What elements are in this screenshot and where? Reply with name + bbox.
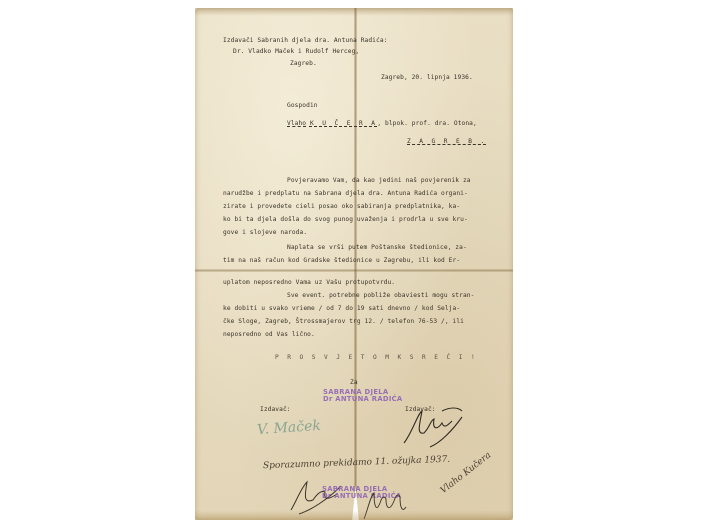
body-line-9: Sve event. potrebne pobliže obaviesti mo… (287, 293, 474, 299)
header-line-1: Izdavači Sabranih djela dra. Antuna Radi… (223, 38, 387, 44)
body-line-3: zirate i provedete cieli posao oko sabir… (223, 204, 460, 210)
letter-paper: Izdavači Sabranih djela dra. Antuna Radi… (195, 8, 513, 520)
recipient-rest: , blpok. prof. dra. Otona, (377, 120, 476, 127)
signature-bottom-middle (360, 483, 410, 523)
body-line-10: ke dobiti u svako vrieme / od 7 do 19 sa… (223, 306, 460, 312)
body-line-2: narudžbe i predplatu na Sabrana djela dr… (223, 191, 468, 197)
salutation: Gospodin (287, 103, 318, 109)
body-line-7: tim na naš račun kod Gradske štedionice … (223, 258, 460, 264)
body-line-6: Naplata se vrši putem Poštanske štedioni… (287, 245, 467, 251)
publisher-label-left: Izdavač: (260, 407, 291, 413)
body-line-11: čke Sloge, Zagreb, Štrossmajerov trg 12.… (223, 319, 464, 325)
handwritten-signature-left: V. Maček (257, 418, 322, 438)
recipient-line: Vlaho K U Č E R A, blpok. prof. dra. Oto… (287, 121, 477, 127)
za-label: Za (350, 380, 358, 386)
closing-line: P R O S V J E T O M K S R E Ć I ! (275, 355, 477, 361)
signature-herceg (400, 403, 470, 453)
recipient-first-name: Vlaho (287, 120, 306, 127)
body-line-5: gove i slojeve naroda. (223, 230, 307, 236)
header-line-3: Zagreb. (290, 61, 317, 67)
body-line-1: Povjeravamo Vam, da kao jedini naš povje… (287, 178, 471, 184)
body-line-4: ko bi ta djela došla do svog punog uvaže… (223, 217, 468, 223)
letter-date: Zagreb, 20. lipnja 1936. (381, 75, 473, 81)
horizontal-fold (195, 269, 513, 272)
header-line-2: Dr. Vladko Maček i Rudolf Herceg, (233, 49, 359, 55)
body-line-8: uplatom neposredno Vama uz Vašu protupot… (223, 280, 395, 286)
recipient-surname: K U Č E R A (310, 120, 377, 127)
recipient-city: Z A G R E B . (407, 139, 487, 145)
publisher-stamp-top: SABRANA DJELA Dr ANTUNA RADIĆA (323, 389, 403, 404)
body-line-12: neposredno od Vas lično. (223, 332, 315, 338)
